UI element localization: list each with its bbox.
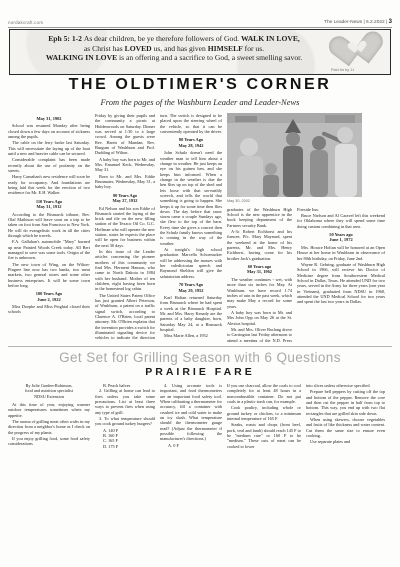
years-ago-heading: 90 Years Ago May 27, 1932 xyxy=(95,193,155,204)
scripture-line-3: WALKING IN LOVE is an offering and a sac… xyxy=(16,53,332,63)
article-paragraph: The new town of Wing, on the Wilton-Ping… xyxy=(8,262,90,289)
section-divider xyxy=(8,346,392,347)
article-paragraph: At this time of year, enjoying warmer ou… xyxy=(8,402,90,418)
news-column-2: Friday by giving their pupils and the co… xyxy=(95,113,155,342)
prairie-fare-kicker: PRAIRIE FARE xyxy=(0,366,400,378)
article-paragraph: If you enjoy grilling food, some food sa… xyxy=(8,436,90,447)
prairie-fare-columns: By Julie Garden-Robinson, food and nutri… xyxy=(8,383,385,567)
years-ago-heading: 60 Years ago May 31, 1962 xyxy=(227,264,292,275)
article-paragraph: Ed Nelson and his son Eddie of Bismarck … xyxy=(95,206,155,249)
article-paragraph: F.A. Gallahan's automobile "Mary" burned… xyxy=(8,239,90,260)
prairie-fare-title: Get Set for Grilling Season with 6 Quest… xyxy=(0,350,400,365)
scripture-text: Eph 5: 1-2 As dear children, be ye there… xyxy=(16,34,332,63)
group-photo xyxy=(227,113,362,197)
article-paragraph: John Schulz doesn't need the weather man… xyxy=(160,150,222,246)
byline: By Julie Garden-Robinson, food and nutri… xyxy=(8,383,90,399)
heart-image xyxy=(337,35,383,71)
article-paragraph: A baby boy was born to Mr. and Mrs. Eman… xyxy=(95,157,155,173)
photo-caption: May 30, 2002 xyxy=(227,199,385,204)
article-paragraph: The weather continues - wet, with more t… xyxy=(227,277,292,309)
quiz-option: D. 175 F xyxy=(103,444,155,449)
years-ago-heading: 80 Years Ago May 28, 1942 xyxy=(160,137,222,148)
years-ago-heading: 70 Years Ago May 29, 1952 xyxy=(160,282,222,293)
article-paragraph: The cable on the ferry broke last Saturd… xyxy=(8,140,90,156)
article-paragraph: Harry Carnahan's new residence will soon… xyxy=(8,174,90,195)
article-paragraph: Mr. and Mrs. Oliver Borlang drove to Car… xyxy=(227,327,292,342)
pf-column-4: If you use charcoal, allow the coals to … xyxy=(227,383,301,567)
pf-column-1: By Julie Garden-Robinson, food and nutri… xyxy=(8,383,90,567)
scripture-bold-text: WALK IN LOVE, xyxy=(241,34,300,43)
scripture-bold-text: WALKING IN LOVE xyxy=(46,53,117,62)
years-ago-heading: 110 Years Ago May 31, 1912 xyxy=(8,199,90,210)
scripture-line-1: Eph 5: 1-2 As dear children, be ye there… xyxy=(16,34,332,44)
article-paragraph: The aroma of grilling meat often wafts i… xyxy=(8,419,90,435)
article-paragraph: Steaks, roasts and chops (from beef, por… xyxy=(227,422,301,449)
scripture-bold-text: LOVED xyxy=(125,44,152,53)
scripture-bold-text: HIMSELF xyxy=(208,44,243,53)
article-paragraph: Miss Marie Allen, a 1952 xyxy=(160,333,222,338)
news-column-1: May 31, 1902School was resumed Monday af… xyxy=(8,113,90,342)
article-paragraph: Prepare bell peppers by cutting off the … xyxy=(306,389,385,416)
article-paragraph: Born to Mr. and Mrs. Eddie Brunmaier, We… xyxy=(95,174,155,190)
article-paragraph: Wayne R. Gehring, graduate of Washburn H… xyxy=(297,262,385,305)
masthead-info: The Leader-News | 6.2.2022 | 3 xyxy=(324,19,392,25)
article-paragraph: Use separate plates and xyxy=(306,439,385,444)
article-paragraph: At tonight's high school graduation Marc… xyxy=(160,247,222,279)
article-paragraph: A baby boy was born to Mr. and Mrs John … xyxy=(227,310,292,326)
article-paragraph: Mrs. Horace Holtan will be honored at an… xyxy=(297,245,385,261)
pf-column-3: 4. Using accurate tools is important, an… xyxy=(160,383,222,567)
news-column-5: Fireside Inn.Bruce Nielson and Al Carave… xyxy=(297,207,385,342)
article-paragraph: graduates of the Washburn High School is… xyxy=(227,207,292,228)
banner-attribution: Paid for by JJ xyxy=(331,68,354,72)
article-paragraph: Fireside Inn. xyxy=(297,207,385,212)
article-paragraph: Bruce Nielson and Al Caravel left this w… xyxy=(297,213,385,229)
article-paragraph: Cook poultry, including whole or ground … xyxy=(227,405,301,421)
article-paragraph: School was resumed Monday after being cl… xyxy=(8,123,90,139)
photo-column-wrap: May 30, 2002 graduates of the Washburn H… xyxy=(227,113,385,342)
scripture-line-2: as Christ has LOVED us, and has given HI… xyxy=(16,44,332,54)
article-paragraph: When using skewers, choose vegetables an… xyxy=(306,417,385,438)
pf-column-5: into slices unless otherwise specified.P… xyxy=(306,383,385,567)
scripture-plain-text: as Christ has xyxy=(84,44,125,53)
masthead: nordakcraft.com The Leader-News | 6.2.20… xyxy=(8,12,392,28)
article-paragraph: Considerable complaint has been made rec… xyxy=(8,157,90,173)
article-paragraph: According to the Bismarck tribune, Rev. … xyxy=(8,212,90,239)
scripture-plain-text: us, and has given xyxy=(152,44,208,53)
article-paragraph: 4. Using accurate tools is important, an… xyxy=(160,383,222,442)
article-paragraph: into slices unless otherwise specified. xyxy=(306,383,385,388)
article-paragraph: If you use charcoal, allow the coals to … xyxy=(227,383,301,404)
article-paragraph: 2. Grilling at home can lead to fires un… xyxy=(95,388,155,415)
scripture-banner: Eph 5: 1-2 As dear children, be ye there… xyxy=(9,29,391,75)
pf-column-2: B. Peach halves2. Grilling at home can l… xyxy=(95,383,155,567)
website-url: nordakcraft.com xyxy=(8,20,43,25)
years-ago-heading: 50 Years ago June 1, 1972 xyxy=(297,232,385,243)
scripture-plain-text: for us. xyxy=(243,44,264,53)
newspaper-page: nordakcraft.com The Leader-News | 6.2.20… xyxy=(0,0,400,567)
years-ago-heading: 100 Years Ago June 2, 1922 xyxy=(8,291,90,302)
under-photo-columns: graduates of the Washburn High School is… xyxy=(227,207,385,342)
article-paragraph: 3. To what temperature should you cook g… xyxy=(95,416,155,427)
news-column-3: turn. The switch is designed to be place… xyxy=(160,113,222,342)
paper-name-date: The Leader-News | 6.2.2022 | xyxy=(324,20,387,25)
article-paragraph: A-3c Robert Eichhorst and his fiancee, P… xyxy=(227,229,292,261)
article-paragraph: turn. The switch is designed to be place… xyxy=(160,113,222,134)
article-paragraph: Miss Doepke and Miss Peightal closed the… xyxy=(8,304,90,315)
article-paragraph: Friday by giving their pupils and the co… xyxy=(95,113,155,156)
article-paragraph: The United States Patent Office has just… xyxy=(95,293,155,342)
scripture-bold-text: Eph 5: 1-2 xyxy=(48,34,84,43)
scripture-plain-text: As dear children, be ye therefore follow… xyxy=(84,34,241,43)
news-column-4: graduates of the Washburn High School is… xyxy=(227,207,292,342)
article-paragraph: In this issue of the Leader articles con… xyxy=(95,249,155,292)
quiz-option: A. 0 F xyxy=(168,443,222,448)
article-subtitle: From the pages of the Washburn Leader an… xyxy=(0,97,400,107)
years-ago-heading: May 31, 1902 xyxy=(8,116,90,121)
heart-inner-icon xyxy=(349,41,365,55)
oldtimers-columns: May 31, 1902School was resumed Monday af… xyxy=(8,113,385,342)
scripture-plain-text: is an offering and a sacrifice to God, a… xyxy=(117,53,302,62)
page-number: 3 xyxy=(389,19,392,25)
article-title: THE OLDTIMER'S CORNER xyxy=(0,76,400,94)
article-paragraph: Karl Holtan returned Saturday from Bisma… xyxy=(160,295,222,332)
